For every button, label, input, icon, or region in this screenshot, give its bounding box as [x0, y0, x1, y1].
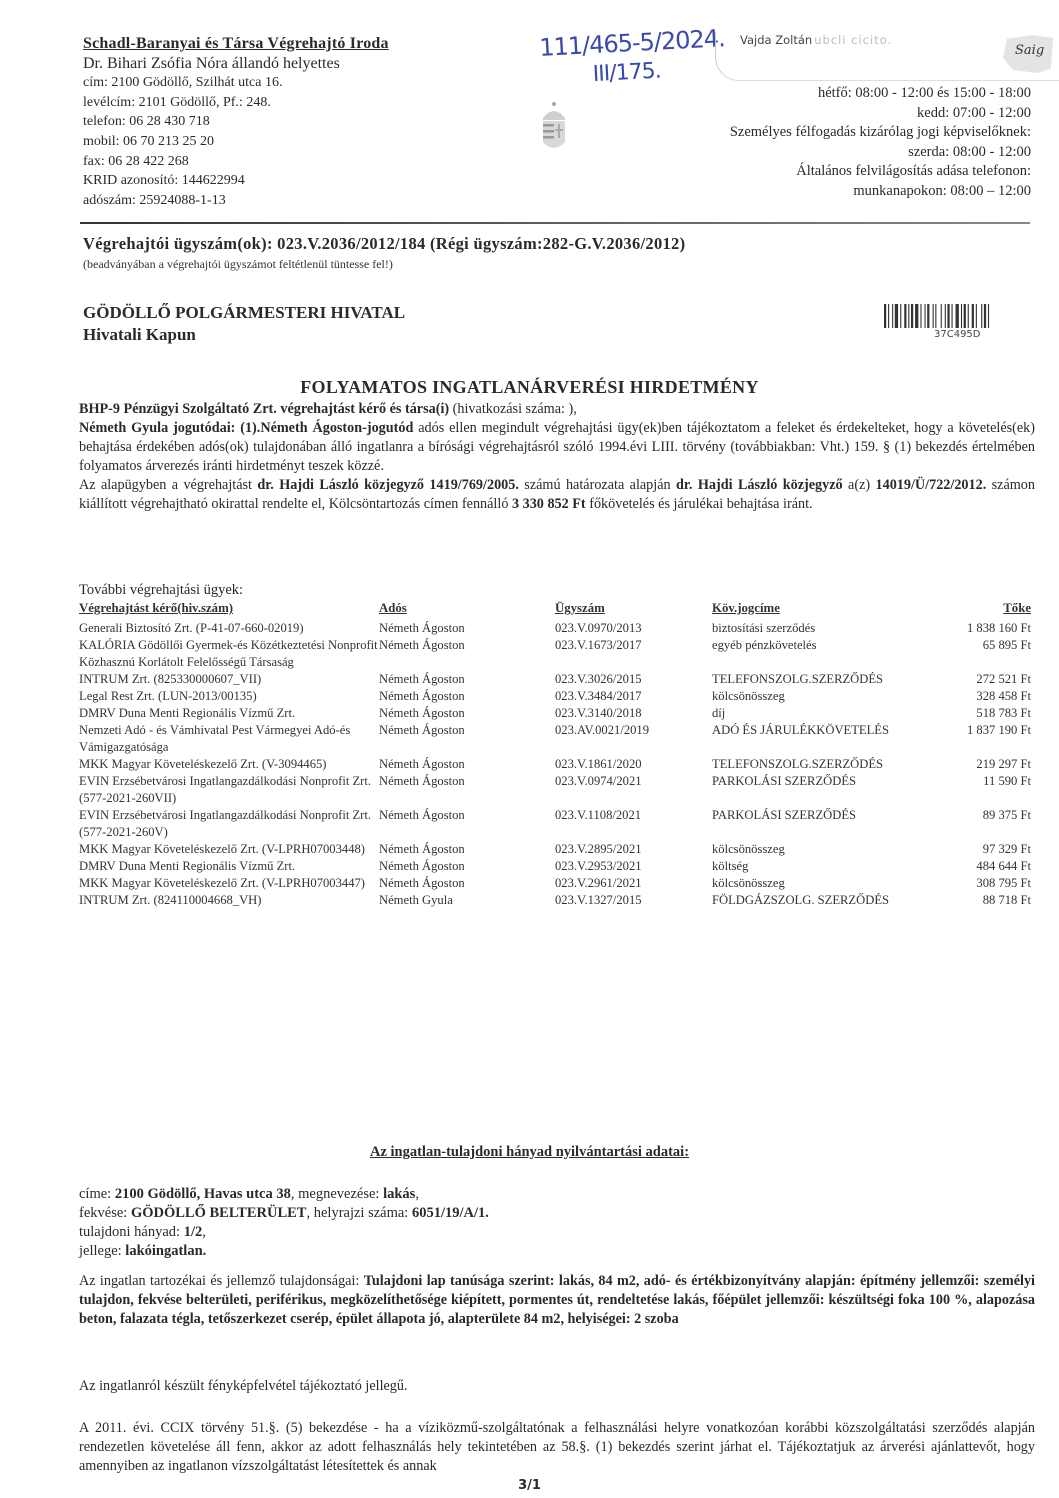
signer-ghost-text: ubcli cicito. [814, 33, 892, 47]
cell-principal: 219 297 Ft [907, 756, 1031, 773]
cell-debtor: Németh Ágoston [379, 722, 555, 756]
cell-case-number: 023.V.1327/2015 [555, 892, 712, 909]
property-location-line: fekvése: GÖDÖLLŐ BELTERÜLET, helyrajzi s… [79, 1204, 489, 1223]
hours-monday: hétfő: 08:00 - 12:00 és 15:00 - 18:00 [730, 84, 1031, 104]
label: Az ingatlan tartozékai és jellemző tulaj… [79, 1273, 364, 1289]
cell-claim-title: PARKOLÁSI SZERZŐDÉS [712, 773, 907, 807]
table-row: MKK Magyar Követeléskezelő Zrt. (V-LPRH0… [79, 841, 1031, 858]
table-row: Legal Rest Zrt. (LUN-2013/00135)Németh Á… [79, 688, 1031, 705]
property-section-title: Az ingatlan-tulajdoni hányad nyilvántart… [0, 1144, 1059, 1161]
cell-claim-title: FÖLDGÁZSZOLG. SZERZŐDÉS [712, 892, 907, 909]
col-principal: Tőke [907, 600, 1031, 620]
cell-principal: 97 329 Ft [907, 841, 1031, 858]
recipient-channel: Hivatali Kapun [83, 324, 405, 346]
property-share-line: tulajdoni hányad: 1/2, [79, 1223, 489, 1242]
recipient-name: GÖDÖLLŐ POLGÁRMESTERI HIVATAL [83, 302, 405, 324]
cell-case-number: 023.V.1861/2020 [555, 756, 712, 773]
cell-debtor: Németh Ágoston [379, 858, 555, 875]
cell-case-number: 023.V.2953/2021 [555, 858, 712, 875]
office-address: cím: 2100 Gödöllő, Szilhát utca 16. [83, 73, 389, 93]
property-features: Az ingatlan tartozékai és jellemző tulaj… [79, 1272, 1035, 1330]
cell-principal: 308 795 Ft [907, 875, 1031, 892]
cell-principal: 518 783 Ft [907, 705, 1031, 722]
principal-amount: 3 330 852 Ft [512, 496, 586, 512]
hours-phone-info-note: Általános felvilágosítás adása telefonon… [730, 162, 1031, 182]
e-signature: Vajda Zoltánubcli cicito. [740, 33, 892, 47]
cell-principal: 1 838 160 Ft [907, 620, 1031, 637]
seal-text: Saig [1015, 43, 1044, 58]
property-designation: lakás [383, 1186, 415, 1202]
cell-debtor: Németh Gyula [379, 892, 555, 909]
cell-creditor: INTRUM Zrt. (824110004668_VH) [79, 892, 379, 909]
intro-creditor: BHP-9 Pénzügyi Szolgáltató Zrt. végrehaj… [79, 400, 1035, 419]
cell-principal: 88 718 Ft [907, 892, 1031, 909]
other-cases-label: További végrehajtási ügyek: [79, 582, 243, 599]
cell-principal: 65 895 Ft [907, 637, 1031, 671]
cell-claim-title: biztosítási szerződés [712, 620, 907, 637]
cell-case-number: 023.AV.0021/2019 [555, 722, 712, 756]
cell-debtor: Németh Ágoston [379, 841, 555, 858]
basis-text: a(z) [843, 477, 876, 493]
basis-text: számú határozata alapján [519, 477, 676, 493]
table-row: Nemzeti Adó - és Vámhivatal Pest Vármegy… [79, 722, 1031, 756]
col-debtor: Adós [379, 600, 555, 620]
document-title: FOLYAMATOS INGATLANÁRVERÉSI HIRDETMÉNY [0, 377, 1059, 398]
cell-debtor: Németh Ágoston [379, 688, 555, 705]
hours-reception-note: Személyes félfogadás kizárólag jogi képv… [730, 123, 1031, 143]
office-tax-number: adószám: 25924088-1-13 [83, 191, 389, 211]
creditor-name: BHP-9 Pénzügyi Szolgáltató Zrt. végrehaj… [79, 401, 449, 417]
cell-case-number: 023.V.0974/2021 [555, 773, 712, 807]
table-row: INTRUM Zrt. (825330000607_VII)Németh Ágo… [79, 671, 1031, 688]
label: tulajdoni hányad: [79, 1224, 184, 1240]
cell-creditor: Nemzeti Adó - és Vámhivatal Pest Vármegy… [79, 722, 379, 756]
cell-creditor: EVIN Erzsébetvárosi Ingatlangazdálkodási… [79, 773, 379, 807]
property-share: 1/2 [184, 1224, 203, 1240]
cell-claim-title: TELEFONSZOLG.SZERZŐDÉS [712, 671, 907, 688]
label: fekvése: [79, 1205, 131, 1221]
header-divider [80, 222, 1030, 224]
intro-text: BHP-9 Pénzügyi Szolgáltató Zrt. végrehaj… [79, 400, 1035, 514]
office-krid: KRID azonosító: 144622994 [83, 171, 389, 191]
cell-debtor: Németh Ágoston [379, 620, 555, 637]
intro-debtor: Németh Gyula jogutódai: (1).Németh Ágost… [79, 419, 1035, 476]
table-row: MKK Magyar Követeléskezelő Zrt. (V-30944… [79, 756, 1031, 773]
label: , megnevezése: [291, 1186, 383, 1202]
cell-creditor: Generali Biztosító Zrt. (P-41-07-660-020… [79, 620, 379, 637]
cell-case-number: 023.V.0970/2013 [555, 620, 712, 637]
table-row: EVIN Erzsébetvárosi Ingatlangazdálkodási… [79, 807, 1031, 841]
property-parcel-number: 6051/19/A/1. [412, 1205, 489, 1221]
table-row: KALÓRIA Gödöllői Gyermek-és Közétkezteté… [79, 637, 1031, 671]
other-cases-table: Végrehajtást kérő(hiv.szám) Adós Ügyszám… [79, 600, 1031, 909]
office-name: Schadl-Baranyai és Társa Végrehajtó Irod… [83, 34, 389, 54]
coat-of-arms-icon [540, 100, 568, 152]
cell-claim-title: kölcsönösszeg [712, 841, 907, 858]
basis-text: Az alapügyben a végrehajtást [79, 477, 257, 493]
handwritten-subnumber: III/175. [592, 53, 727, 90]
table-row: MKK Magyar Követeléskezelő Zrt. (V-LPRH0… [79, 875, 1031, 892]
cell-principal: 1 837 190 Ft [907, 722, 1031, 756]
cell-debtor: Németh Ágoston [379, 671, 555, 688]
cell-case-number: 023.V.2895/2021 [555, 841, 712, 858]
cell-case-number: 023.V.1673/2017 [555, 637, 712, 671]
cell-principal: 89 375 Ft [907, 807, 1031, 841]
cell-debtor: Németh Ágoston [379, 875, 555, 892]
cell-debtor: Németh Ágoston [379, 773, 555, 807]
cell-creditor: Legal Rest Zrt. (LUN-2013/00135) [79, 688, 379, 705]
barcode-text: 37C495D [934, 329, 981, 340]
hours-tuesday: kedd: 07:00 - 12:00 [730, 104, 1031, 124]
table-row: DMRV Duna Menti Regionális Vízmű Zrt.Ném… [79, 705, 1031, 722]
table-row: INTRUM Zrt. (824110004668_VH)Németh Gyul… [79, 892, 1031, 909]
signer-name: Vajda Zoltán [740, 33, 812, 47]
photo-note: Az ingatlanról készült fényképfelvétel t… [79, 1378, 408, 1395]
cell-debtor: Németh Ágoston [379, 807, 555, 841]
case-number: Végrehajtói ügyszám(ok): 023.V.2036/2012… [83, 234, 685, 254]
hours-workdays: munkanapokon: 08:00 – 12:00 [730, 182, 1031, 202]
page-number: 3/1 [0, 1478, 1059, 1493]
office-fax: fax: 06 28 422 268 [83, 152, 389, 172]
office-hours: hétfő: 08:00 - 12:00 és 15:00 - 18:00 ke… [730, 84, 1031, 201]
table-row: DMRV Duna Menti Regionális Vízmű Zrt.Ném… [79, 858, 1031, 875]
water-law-notice: A 2011. évi. CCIX törvény 51.§. (5) beke… [79, 1419, 1035, 1476]
recipient: GÖDÖLLŐ POLGÁRMESTERI HIVATAL Hivatali K… [83, 302, 405, 346]
cell-claim-title: kölcsönösszeg [712, 688, 907, 705]
cell-creditor: MKK Magyar Követeléskezelő Zrt. (V-LPRH0… [79, 875, 379, 892]
cell-case-number: 023.V.3140/2018 [555, 705, 712, 722]
cell-debtor: Németh Ágoston [379, 637, 555, 671]
col-claim-title: Köv.jogcíme [712, 600, 907, 620]
cell-case-number: 023.V.1108/2021 [555, 807, 712, 841]
property-address-line: címe: 2100 Gödöllő, Havas utca 38, megne… [79, 1185, 489, 1204]
cell-creditor: DMRV Duna Menti Regionális Vízmű Zrt. [79, 858, 379, 875]
intro-basis: Az alapügyben a végrehajtást dr. Hajdi L… [79, 476, 1035, 514]
basis-text: főkövetelés és járulékai behajtása iránt… [586, 496, 813, 512]
cell-creditor: INTRUM Zrt. (825330000607_VII) [79, 671, 379, 688]
cell-creditor: MKK Magyar Követeléskezelő Zrt. (V-30944… [79, 756, 379, 773]
office-header: Schadl-Baranyai és Társa Végrehajtó Irod… [83, 34, 389, 210]
cell-claim-title: egyéb pénzkövetelés [712, 637, 907, 671]
cell-claim-title: kölcsönösszeg [712, 875, 907, 892]
col-creditor: Végrehajtást kérő(hiv.szám) [79, 600, 379, 620]
creditor-reference: (hivatkozási száma: ), [449, 401, 577, 417]
cell-principal: 272 521 Ft [907, 671, 1031, 688]
label: , helyrajzi száma: [306, 1205, 411, 1221]
cell-claim-title: PARKOLÁSI SZERZŐDÉS [712, 807, 907, 841]
basis-document-number: 14019/Ü/722/2012. [876, 477, 987, 493]
table-row: Generali Biztosító Zrt. (P-41-07-660-020… [79, 620, 1031, 637]
debtor-name: Németh Gyula jogutódai: (1).Németh Ágost… [79, 420, 413, 436]
cell-case-number: 023.V.3026/2015 [555, 671, 712, 688]
office-mobile: mobil: 06 70 213 25 20 [83, 132, 389, 152]
barcode-icon [884, 304, 1028, 328]
basis-notary: dr. Hajdi László közjegyző [676, 477, 843, 493]
cell-case-number: 023.V.2961/2021 [555, 875, 712, 892]
table-row: EVIN Erzsébetvárosi Ingatlangazdálkodási… [79, 773, 1031, 807]
basis-notary-ruling: dr. Hajdi László közjegyző 1419/769/2005… [257, 477, 519, 493]
cell-claim-title: TELEFONSZOLG.SZERZŐDÉS [712, 756, 907, 773]
cell-claim-title: költség [712, 858, 907, 875]
office-phone: telefon: 06 28 430 718 [83, 112, 389, 132]
deputy-name: Dr. Bihari Zsófia Nóra állandó helyettes [83, 54, 389, 74]
property-type-line: jellege: lakóingatlan. [79, 1242, 489, 1261]
cell-case-number: 023.V.3484/2017 [555, 688, 712, 705]
property-type: lakóingatlan. [125, 1243, 206, 1259]
property-location: GÖDÖLLŐ BELTERÜLET [131, 1205, 307, 1221]
property-address: 2100 Gödöllő, Havas utca 38 [115, 1186, 291, 1202]
cell-principal: 328 458 Ft [907, 688, 1031, 705]
cell-creditor: KALÓRIA Gödöllői Gyermek-és Közétkezteté… [79, 637, 379, 671]
cell-debtor: Németh Ágoston [379, 705, 555, 722]
office-mail-address: levélcím: 2101 Gödöllő, Pf.: 248. [83, 93, 389, 113]
hours-wednesday: szerda: 08:00 - 12:00 [730, 143, 1031, 163]
case-number-note: (beadványában a végrehajtói ügyszámot fe… [83, 257, 393, 272]
cell-claim-title: díj [712, 705, 907, 722]
handwritten-annotation: 111/465-5/2024. III/175. [539, 23, 727, 93]
property-registry-data: címe: 2100 Gödöllő, Havas utca 38, megne… [79, 1185, 489, 1261]
cell-claim-title: ADÓ ÉS JÁRULÉKKÖVETELÉS [712, 722, 907, 756]
cell-principal: 11 590 Ft [907, 773, 1031, 807]
label: címe: [79, 1186, 115, 1202]
cell-creditor: DMRV Duna Menti Regionális Vízmű Zrt. [79, 705, 379, 722]
cell-creditor: MKK Magyar Követeléskezelő Zrt. (V-LPRH0… [79, 841, 379, 858]
cell-debtor: Németh Ágoston [379, 756, 555, 773]
table-header-row: Végrehajtást kérő(hiv.szám) Adós Ügyszám… [79, 600, 1031, 620]
label: jellege: [79, 1243, 125, 1259]
col-case-number: Ügyszám [555, 600, 712, 620]
cell-creditor: EVIN Erzsébetvárosi Ingatlangazdálkodási… [79, 807, 379, 841]
cell-principal: 484 644 Ft [907, 858, 1031, 875]
